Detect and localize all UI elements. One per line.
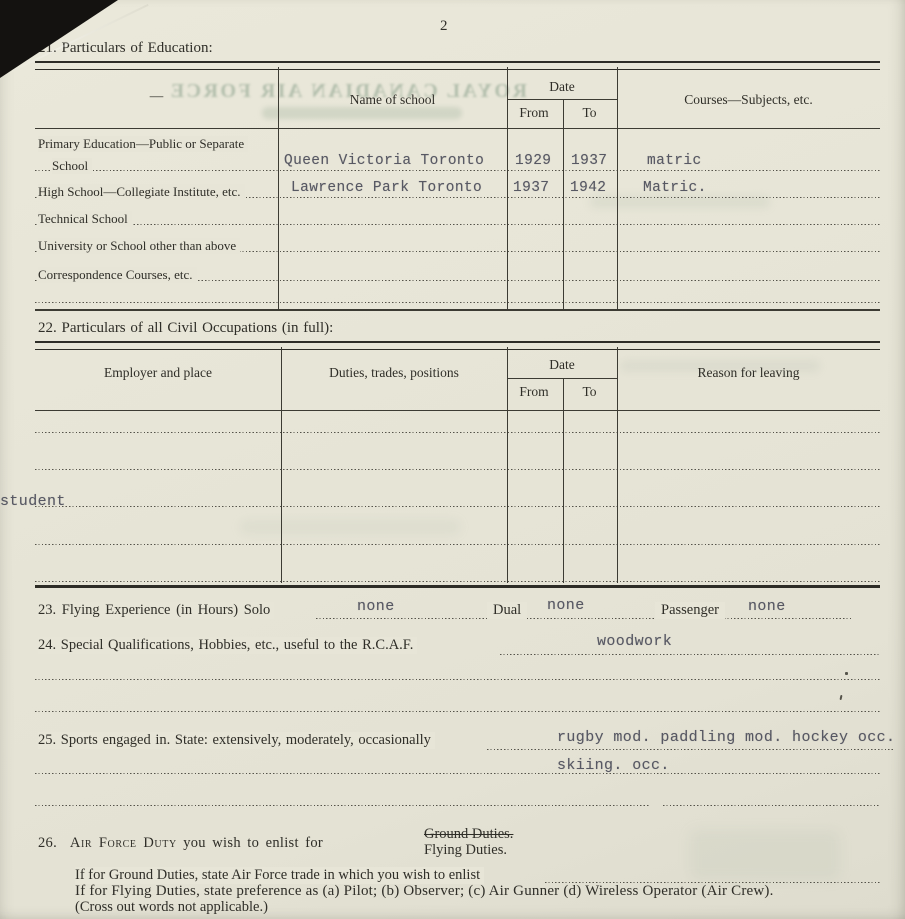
dual-label: Dual [487,602,527,619]
dotted-line [35,544,880,546]
dotted-line [35,581,880,583]
entry-primary-school-name: Queen Victoria Toronto [284,153,484,169]
dotted-line [35,302,880,304]
occupations-table-date-underline [507,378,617,379]
entry-special-qualifications: woodwork [597,633,672,650]
passenger-label: Passenger [655,602,725,619]
row-label-primary-education: Primary Education—Public or Separate [38,136,248,152]
dotted-line [663,805,880,807]
dotted-line [35,773,880,775]
ink-speck [840,695,843,700]
section-26-label: 26. Air Force Duty you wish to enlist fo… [38,835,323,852]
entry-highschool-school-name: Lawrence Park Toronto [291,180,482,196]
entry-primary-courses: matric [647,153,702,169]
occupations-table-header-rule [35,410,880,411]
education-table-bottom-rule [35,309,880,311]
education-table-header-rule [35,128,880,129]
flying-duties-option: Flying Duties. [424,842,507,859]
occupations-header-date: Date [507,357,617,373]
entry-primary-from-year: 1929 [515,153,551,169]
occupations-header-to: To [562,384,617,400]
occupations-header-employer: Employer and place [35,365,281,381]
dotted-line [35,224,880,226]
education-header-courses: Courses—Subjects, etc. [617,92,880,108]
occupations-header-reason: Reason for leaving [617,365,880,381]
entry-sports-line2: skiing. occ. [557,757,670,774]
entry-highschool-courses: Matric. [643,180,707,196]
dotted-line [35,469,880,471]
section-24-label: 24. Special Qualifications, Hobbies, etc… [38,637,417,654]
section-26-cross-out-note: (Cross out words not applicable.) [75,899,268,916]
section-21-heading: 21. Particulars of Education: [38,40,213,57]
ground-duties-option-crossed-out: Ground Duties. [424,826,513,843]
occupations-header-from: From [507,384,561,400]
entry-dual-hours: none [547,597,585,614]
section-26-label-rest: you wish to enlist for [177,835,323,851]
dotted-line [35,432,880,434]
double-rule [35,61,880,70]
scanned-form-page: ROYAL CANADIAN AIR FORCE 2 21. Particula… [0,0,905,919]
occupations-table-column-line [281,347,282,583]
section-26-flying-instruction: If for Flying Duties, state preference a… [75,883,774,900]
ink-speck [845,672,848,675]
section-22-heading: 22. Particulars of all Civil Occupations… [38,320,333,337]
occupations-header-duties: Duties, trades, positions [281,365,507,381]
row-label-technical-school: Technical School [38,211,132,227]
occupations-table-column-line [507,347,508,583]
entry-occupation-student: student [0,493,66,510]
dotted-line [35,170,880,172]
education-table-date-underline [507,99,617,100]
education-header-blank: — [35,88,278,104]
education-header-date: Date [507,79,617,95]
entry-solo-hours: none [357,598,395,615]
page-number: 2 [440,18,448,35]
dotted-line [500,654,880,656]
dotted-line [35,805,650,807]
section-26-ground-instruction: If for Ground Duties, state Air Force tr… [75,867,484,884]
dotted-line [316,618,852,620]
dotted-line [35,506,880,508]
education-header-school: Name of school [278,92,507,108]
bleedthrough-blob [240,520,460,534]
dotted-line [35,679,880,681]
dotted-line [35,711,880,713]
entry-highschool-to-year: 1942 [570,180,606,196]
bleedthrough-subtitle-blur [262,107,462,119]
entry-primary-to-year: 1937 [571,153,607,169]
air-force-duty-smallcaps: Air Force Duty [70,835,177,851]
education-table-column-line [507,67,508,310]
entry-passenger-hours: none [748,598,786,615]
occupations-table-bottom-rule [35,585,880,588]
education-header-from: From [507,105,561,121]
section-26-number: 26. [38,835,57,851]
dotted-line [487,749,893,751]
occupations-table-column-line [617,347,618,583]
education-header-to: To [562,105,617,121]
entry-sports-line1: rugby mod. paddling mod. hockey occ. [557,729,895,746]
double-rule [35,341,880,350]
bleedthrough-blob [690,830,840,880]
entry-highschool-from-year: 1937 [513,180,549,196]
section-23-label: 23. Flying Experience (in Hours) Solo [38,602,274,619]
row-label-primary-education-line2: School [52,158,92,174]
row-label-university: University or School other than above [38,238,240,254]
education-table-from-to-divider [563,100,564,310]
row-label-correspondence: Correspondence Courses, etc. [38,267,197,283]
section-25-label: 25. Sports engaged in. State: extensivel… [38,732,435,749]
row-label-high-school: High School—Collegiate Institute, etc. [38,184,245,200]
